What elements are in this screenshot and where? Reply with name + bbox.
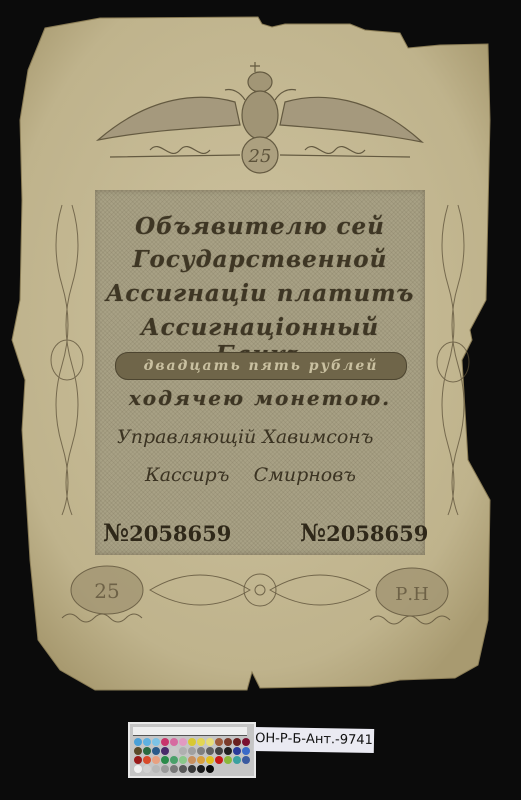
- color-chip: [206, 738, 214, 746]
- text-line-2: Государственной: [95, 246, 425, 273]
- text-line-3: Ассигнацiи платитъ: [95, 280, 425, 307]
- signature-name: Хавимсонъ: [262, 426, 373, 448]
- svg-text:Р.Н: Р.Н: [395, 584, 429, 605]
- svg-text:25: 25: [248, 146, 272, 167]
- color-calibration-chart: [128, 722, 256, 778]
- color-chip: [143, 738, 151, 746]
- color-chip: [197, 738, 205, 746]
- color-chip: [134, 738, 142, 746]
- signature-role: Управляющiй: [117, 426, 256, 448]
- color-chip: [215, 747, 223, 755]
- color-chip: [188, 765, 196, 773]
- color-chip: [161, 738, 169, 746]
- text-line-1: Объявителю сей: [95, 213, 425, 240]
- color-chip: [215, 756, 223, 764]
- color-chip: [152, 747, 160, 755]
- color-chip: [170, 738, 178, 746]
- serial-number-right: №2058659: [300, 518, 428, 547]
- color-chip: [206, 756, 214, 764]
- denomination-band: двадцать пять рублей: [115, 352, 407, 380]
- color-chip: [134, 747, 142, 755]
- color-chip: [170, 756, 178, 764]
- color-chip: [188, 756, 196, 764]
- svg-text:25: 25: [94, 579, 119, 603]
- color-chip: [170, 765, 178, 773]
- color-chip: [188, 747, 196, 755]
- color-chip: [215, 738, 223, 746]
- scale-ruler: [133, 727, 247, 736]
- color-chip: [152, 765, 160, 773]
- color-chip: [152, 756, 160, 764]
- color-chip: [206, 747, 214, 755]
- signature-manager: Управляющiй Хавимсонъ: [117, 426, 373, 448]
- color-chip-grid: [134, 738, 250, 773]
- color-chip: [134, 756, 142, 764]
- color-chip: [179, 738, 187, 746]
- serial-number-left: №2058659: [103, 518, 231, 547]
- signature-role: Кассиръ: [145, 464, 229, 486]
- color-chip: [143, 747, 151, 755]
- color-chip: [242, 756, 250, 764]
- color-chip: [170, 747, 178, 755]
- color-chip: [197, 747, 205, 755]
- color-chip: [224, 738, 232, 746]
- color-chip: [179, 765, 187, 773]
- color-chip: [242, 747, 250, 755]
- color-chip: [224, 756, 232, 764]
- color-chip: [161, 765, 169, 773]
- text-line-6: ходячею монетою.: [95, 386, 425, 410]
- signature-name: Смирновъ: [254, 464, 356, 486]
- color-chip: [197, 765, 205, 773]
- central-text-panel: Объявителю сей Государственной Ассигнацi…: [95, 190, 425, 555]
- color-chip: [179, 756, 187, 764]
- color-chip: [233, 756, 241, 764]
- archive-shelfmark-label: ОН-Р-Б-Ант.-9741: [254, 727, 374, 753]
- color-chip: [179, 747, 187, 755]
- color-chip: [143, 765, 151, 773]
- color-chip: [152, 738, 160, 746]
- color-chip: [161, 756, 169, 764]
- signature-cashier: Кассиръ Смирновъ: [145, 464, 356, 486]
- color-chip: [233, 747, 241, 755]
- color-chip: [134, 765, 142, 773]
- color-chip: [197, 756, 205, 764]
- color-chip: [143, 756, 151, 764]
- scanned-banknote: 25 25 Р.Н Объявителю сей Г: [0, 0, 521, 800]
- color-chip: [188, 738, 196, 746]
- color-chip: [242, 738, 250, 746]
- color-chip: [233, 738, 241, 746]
- color-chip: [206, 765, 214, 773]
- color-chip: [224, 747, 232, 755]
- color-chip: [161, 747, 169, 755]
